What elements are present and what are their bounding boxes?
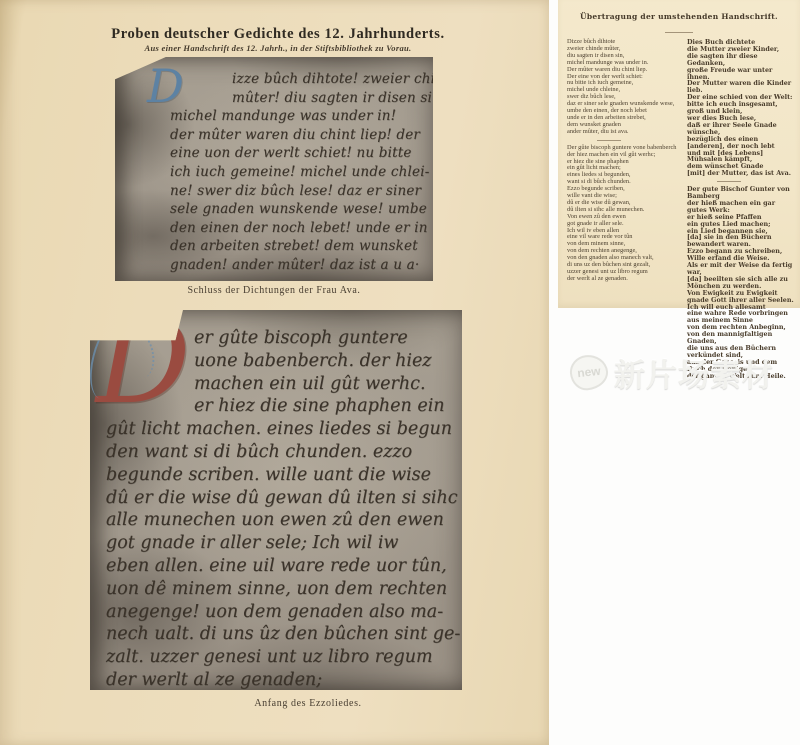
text-line: dû er die wise dû gewan dû ilten si sihc: [106, 487, 460, 510]
original-stanza-1: Dizze bûch dihtotezweier chinde mûter,di…: [567, 39, 681, 136]
text-line: Der gute Bischof Gunter von Bamberg: [687, 186, 797, 200]
text-line: izze bûch dihtote! zweier chinde: [232, 70, 433, 89]
page-title: Proben deutscher Gedichte des 12. Jahrhu…: [0, 26, 556, 43]
text-line: die uns aus den Büchern verkündet sind,: [687, 345, 797, 359]
text-line: [da] sie in den Büchern bewandert waren.: [687, 234, 797, 248]
right-book-page: Übertragung der umstehenden Handschrift.…: [558, 0, 800, 308]
text-line: sele gnaden wunskende wese! umbe: [170, 200, 433, 219]
manuscript-text-ava: izze bûch dihtote! zweier chindemûter! d…: [170, 70, 433, 275]
translation-stanza-1: Dies Buch dichtetedie Mutter zweier Kind…: [687, 39, 797, 177]
transcription-heading: Übertragung der umstehenden Handschrift.: [558, 12, 800, 21]
text-line: nech ualt. di uns ûz den bûchen sint ge-: [106, 623, 460, 646]
left-book-page: Proben deutscher Gedichte des 12. Jahrhu…: [0, 0, 549, 745]
facsimile-frau-ava: D izze bûch dihtote! zweier chindemûter!…: [115, 57, 433, 281]
text-line: [da] beeilten sie sich alle zu Mönchen z…: [687, 276, 797, 290]
column-original-text: Dizze bûch dihtotezweier chinde mûter,di…: [567, 39, 681, 283]
text-line: Als er mit der Weise da fertig war,: [687, 262, 797, 276]
heading-rule: [665, 32, 693, 33]
text-line: gnaden! ander mûter! daz ist a u a·: [170, 256, 433, 275]
text-line: begunde scriben. wille uant die wise: [106, 464, 460, 487]
text-line: michel mandunge was under in!: [170, 107, 433, 126]
text-line: von den mannigfaltigen Gnaden,: [687, 331, 797, 345]
manuscript-text-ezzolied: er gûte biscoph guntereuone babenberch. …: [106, 327, 460, 690]
text-line: den arbeiten strebet! dem wunsket: [170, 237, 433, 256]
text-line: große Freude war unter ihnen.: [687, 67, 797, 81]
text-line: alle munechen uon ewen zû den ewen: [106, 509, 460, 532]
translation-stanza-2: Der gute Bischof Gunter von Bambergder h…: [687, 186, 797, 379]
text-line: er hiez die sine phaphen ein: [194, 395, 460, 418]
text-line: ich iuch gemeine! michel unde chlei-: [170, 163, 433, 182]
text-line: [mit] der Mutter, das ist Ava.: [687, 170, 797, 177]
text-line: ander mûter, diu ist ava.: [567, 129, 681, 136]
text-line: der werlt al ze genaden.: [567, 276, 681, 283]
page-subtitle: Aus einer Handschrift des 12. Jahrh., in…: [0, 43, 556, 53]
text-line: der hieß machen ein gar gutes Werk:: [687, 200, 797, 214]
watermark-logo-badge: new: [568, 353, 609, 392]
text-line: bezüglich des einen [anderen], der noch …: [687, 136, 797, 150]
text-line: machen ein uil gût werhc.: [194, 373, 460, 396]
text-line: den want si di bûch chunden. ezzo: [106, 441, 460, 464]
text-line: mûter! diu sagten ir disen sin!: [232, 89, 433, 108]
text-line: gût licht machen. eines liedes si begun: [106, 418, 460, 441]
text-line: uon dê minem sinne, uon dem rechten: [106, 578, 460, 601]
text-line: uone babenberch. der hiez: [194, 350, 460, 373]
original-stanza-2: Der gûte biscoph guntere vone babenberch…: [567, 145, 681, 283]
book-scan: Proben deutscher Gedichte des 12. Jahrhu…: [0, 0, 800, 745]
text-line: Der Mutter waren die Kinder lieb.: [687, 80, 797, 94]
stanza-divider: [717, 181, 741, 182]
text-line: der mûter waren diu chint liep! der: [170, 126, 433, 145]
text-line: den einen der noch lebet! unde er in: [170, 219, 433, 238]
facsimile-ezzolied: D er gûte biscoph guntereuone babenberch…: [90, 310, 462, 690]
text-line: die sagten ihr diese Gedanken,: [687, 53, 797, 67]
text-line: got gnade ir aller sele; Ich wil iw: [106, 532, 460, 555]
text-line: aus der Genesis und dem Buch der Könige: [687, 359, 797, 373]
text-line: und mit [des Lebens] Mühsalen kämpft,: [687, 150, 797, 164]
text-line: der werlt al ze genaden;: [106, 669, 460, 690]
text-line: eben allen. eine uil ware rede uor tûn,: [106, 555, 460, 578]
text-line: zalt. uzzer genesi unt uz libro regum: [106, 646, 460, 669]
stanza-divider: [597, 140, 621, 141]
facsimile-ezzolied-caption: Anfang des Ezzoliedes.: [30, 698, 586, 709]
text-line: er gûte biscoph guntere: [194, 327, 460, 350]
text-line: eine uon der werlt schiet! nu bitte: [170, 144, 433, 163]
text-line: daß er ihrer Seele Gnade wünsche,: [687, 122, 797, 136]
facsimile-ava-caption: Schluss der Dichtungen der Frau Ava.: [0, 285, 552, 296]
column-translation-text: Dies Buch dichtetedie Mutter zweier Kind…: [687, 39, 797, 380]
text-line: der ganzen Welt zum Heile.: [687, 373, 797, 380]
text-line: anegenge! uon dem genaden also ma-: [106, 601, 460, 624]
text-line: ne! swer diz bûch lese! daz er siner: [170, 182, 433, 201]
